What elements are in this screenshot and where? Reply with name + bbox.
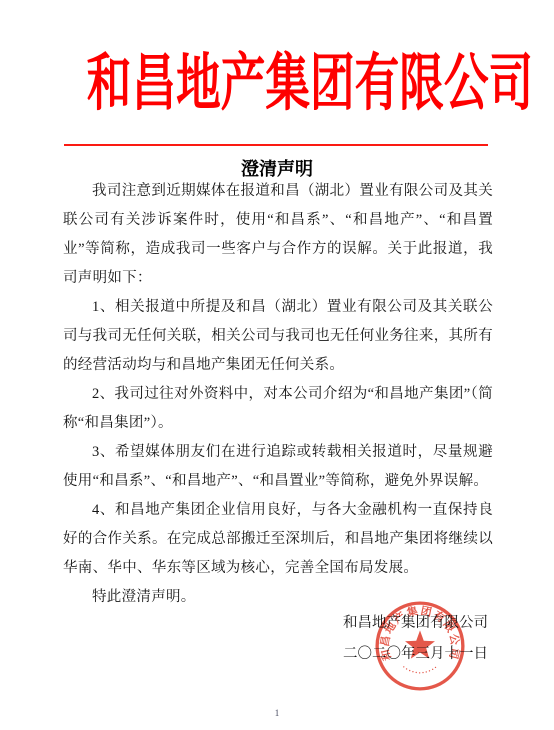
letterhead: 和昌地产集团有限公司 xyxy=(0,50,554,118)
company-letterhead-title: 和昌地产集团有限公司 xyxy=(87,50,533,118)
letterhead-divider xyxy=(64,144,488,146)
document-body: 我司注意到近期媒体在报道和昌（湖北）置业有限公司及其关联公司有关涉诉案件时，使用… xyxy=(63,177,493,612)
paragraph-point-2: 2、我司过往对外资料中，对本公司介绍为“和昌地产集团”（简称“和昌集团”）。 xyxy=(63,380,493,438)
signature-company: 和昌地产集团有限公司 xyxy=(343,608,488,639)
paragraph-point-1: 1、相关报道中所提及和昌（湖北）置业有限公司及其关联公司与我司无任何关联，相关公… xyxy=(63,293,493,380)
paragraph-point-4: 4、和昌地产集团企业信用良好，与各大金融机构一直保持良好的合作关系。在完成总部搬… xyxy=(63,496,493,583)
paragraph-intro: 我司注意到近期媒体在报道和昌（湖北）置业有限公司及其关联公司有关涉诉案件时，使用… xyxy=(63,177,493,293)
signature-date: 二〇二〇年三月十一日 xyxy=(343,639,488,670)
page-number: 1 xyxy=(0,708,554,718)
paragraph-point-3: 3、希望媒体朋友们在进行追踪或转载相关报道时，尽量规避使用“和昌系”、“和昌地产… xyxy=(63,438,493,496)
signature-block: 和昌地产集团有限公司 二〇二〇年三月十一日 xyxy=(343,608,488,670)
document-page: 和昌地产集团有限公司 澄清声明 我司注意到近期媒体在报道和昌（湖北）置业有限公司… xyxy=(0,0,554,730)
